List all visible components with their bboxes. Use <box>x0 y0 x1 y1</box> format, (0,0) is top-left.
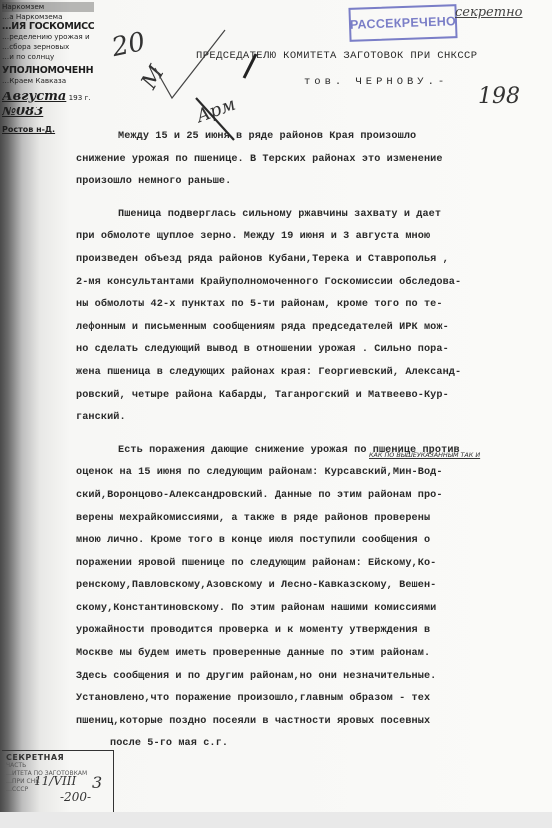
text-line: Между 15 и 25 июня в ряде районов Края п… <box>76 126 546 149</box>
letterhead-line: УПОЛНОМОЧЕННЫЙ <box>2 66 94 76</box>
text-line: Пшеница подверглась сильному ржавчины за… <box>76 204 546 227</box>
receiving-stamp-digit: 3 <box>92 779 102 787</box>
letterhead-number: №083 <box>2 107 94 117</box>
text-line: мною лично. Кроме того в конце июля пост… <box>76 530 546 553</box>
text-line: произведен объезд ряда районов Кубани,Те… <box>76 249 546 272</box>
handwritten-secret-note: секретно <box>455 5 522 20</box>
letterhead-line: …ИЯ ГОСКОМИССИИ <box>2 22 94 32</box>
letterhead-line: …и по солнцу <box>2 52 94 62</box>
text-line: Москве мы будем иметь проверенные данные… <box>76 643 546 666</box>
text-line: поражении яровой пшенице по следующим ра… <box>76 553 546 576</box>
text-line: ровский, четыре района Кабарды, Таганрог… <box>76 385 546 408</box>
text-line: Установлено,что поражение произошло,глав… <box>76 688 546 711</box>
text-line: лефонным и письменным сообщениям ряда пр… <box>76 317 546 340</box>
scan-bottom-margin <box>0 812 552 828</box>
text-line: снижение урожая по пшенице. В Терских ра… <box>76 149 546 172</box>
text-line: при обмолоте щуплое зерно. Между 19 июня… <box>76 226 546 249</box>
paragraph: Есть поражения дающие снижение урожая по… <box>76 440 546 756</box>
text-line: пшениц,которые поздно посеяли в частност… <box>76 711 546 734</box>
margin-annotation: КАК ПО ВЫШЕУКАЗАННЫМ ТАК И <box>369 451 480 459</box>
receiving-stamp-line: ЧАСТЬ <box>6 762 113 770</box>
letter-body: Между 15 и 25 июня в ряде районов Края п… <box>76 126 546 756</box>
text-line: жена пшеница в следующих районах края: Г… <box>76 362 546 385</box>
receiving-stamp: СЕКРЕТНАЯ ЧАСТЬ …ИТЕТА ПО ЗАГОТОВКАМ …ПР… <box>2 750 114 812</box>
letterhead-line: …сбора зерновых <box>2 42 94 52</box>
addressee-title: ПРЕДСЕДАТЕЛЮ КОМИТЕТА ЗАГОТОВОК ПРИ СНКС… <box>196 50 552 62</box>
text-line: оценок на 15 июня по следующим районам: … <box>76 462 546 485</box>
letterhead-line: …Краем Кавказа <box>2 76 94 86</box>
letterhead-year: 193 г. <box>69 93 91 102</box>
letterhead-line: …ределению урожая и <box>2 32 94 42</box>
text-line: Здесь сообщения и по другим районам,но о… <box>76 666 546 689</box>
receiving-stamp-number: -200- <box>60 793 91 801</box>
receiving-stamp-date: 11/VIII <box>34 777 76 785</box>
letterhead-line: …а Наркомзема <box>2 12 94 22</box>
text-line: после 5-го мая с.г. <box>76 733 546 756</box>
addressee-block: ПРЕДСЕДАТЕЛЮ КОМИТЕТА ЗАГОТОВОК ПРИ СНКС… <box>196 50 552 88</box>
text-line: произошло немного раньше. <box>76 171 546 194</box>
text-line: ны обмолоты 42-х пунктах по 5-ти районам… <box>76 294 546 317</box>
declassified-stamp: РАССЕКРЕЧЕНО <box>348 4 457 42</box>
paragraph: Между 15 и 25 июня в ряде районов Края п… <box>76 126 546 194</box>
text-line: ганский. <box>76 407 546 430</box>
text-line: скому,Константиновскому. По этим районам… <box>76 598 546 621</box>
paragraph: Пшеница подверглась сильному ржавчины за… <box>76 204 546 430</box>
text-line: но сделать следующий вывод в отношении у… <box>76 339 546 362</box>
text-line: 2-мя консультантами Крайуполномоченного … <box>76 272 546 295</box>
text-line: верены мехрайкомиссиями, а также в ряде … <box>76 508 546 531</box>
handwritten-page-number: 198 <box>478 84 520 109</box>
letterhead-date-handwritten: Августа <box>2 92 66 103</box>
text-line: урожайности проводится проверка и к моме… <box>76 620 546 643</box>
receiving-stamp-title: СЕКРЕТНАЯ <box>6 754 113 762</box>
letterhead-line: Наркомзем <box>2 2 94 12</box>
text-line: ренскому,Павловскому,Азовскому и Лесно-К… <box>76 575 546 598</box>
text-line: ский,Воронцово-Александровский. Данные п… <box>76 485 546 508</box>
